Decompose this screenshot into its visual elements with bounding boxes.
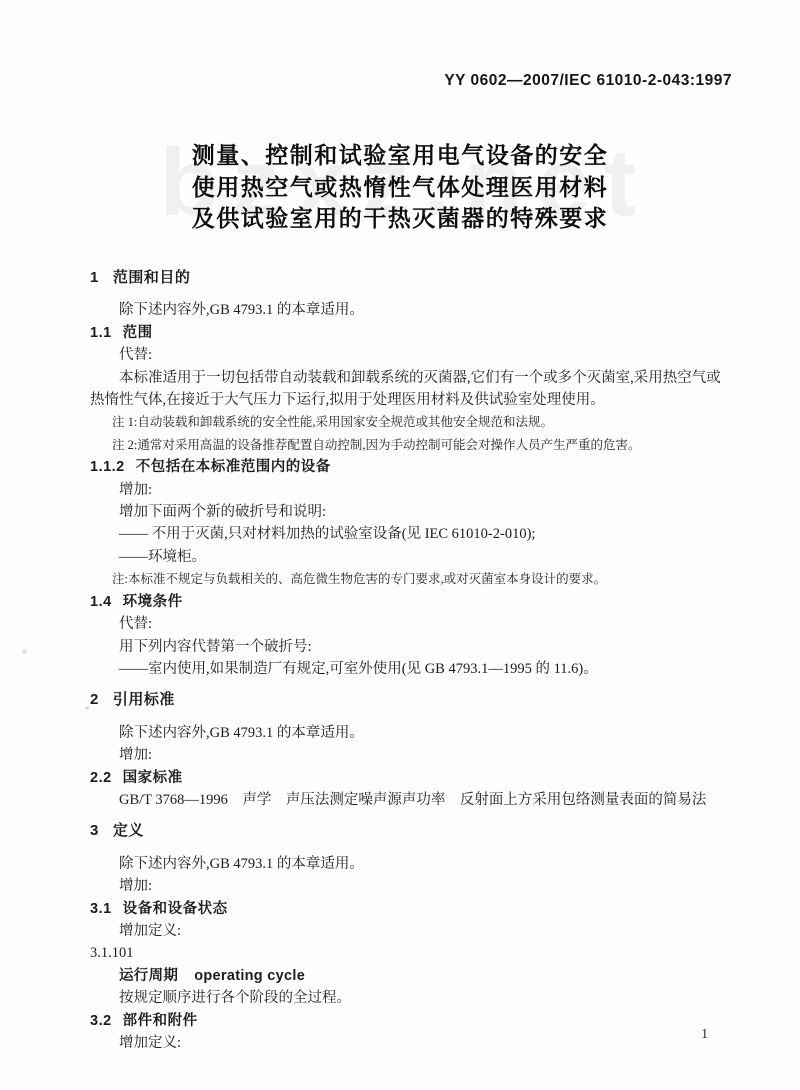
section-number: 1.1.2 [90, 459, 125, 475]
body-paragraph: 代替: [90, 344, 734, 366]
section-heading-2.2: 2.2国家标准 [90, 767, 734, 789]
section-heading-2: 2引用标准 [90, 689, 734, 711]
body-paragraph: 增加: [90, 744, 734, 766]
document-title: 测量、控制和试验室用电气设备的安全 使用热空气或热惰性气体处理医用材料 及供试验… [0, 140, 800, 235]
section-title: 范围 [123, 325, 153, 341]
body-paragraph: 按规定顺序进行各个阶段的全过程。 [90, 987, 734, 1009]
document-body: 1范围和目的除下述内容外,GB 4793.1 的本章适用。1.1范围代替:本标准… [90, 258, 734, 1054]
title-line-2: 使用热空气或热惰性气体处理医用材料 [0, 172, 800, 204]
body-paragraph: 增加: [90, 479, 734, 501]
section-number: 3.2 [90, 1013, 112, 1029]
title-line-1: 测量、控制和试验室用电气设备的安全 [0, 140, 800, 172]
section-number: 3 [90, 822, 99, 839]
body-paragraph: GB/T 3768—1996 声学 声压法测定噪声源声功率 反射面上方采用包络测… [90, 789, 734, 811]
section-title: 部件和附件 [123, 1013, 198, 1029]
term-chinese: 运行周期 [119, 968, 178, 984]
section-title: 国家标准 [123, 770, 183, 786]
body-paragraph: 增加定义: [90, 920, 734, 942]
note-line: 注:本标准不规定与负载相关的、高危微生物危害的专门要求,或对灭菌室本身设计的要求… [112, 568, 734, 590]
section-title: 不包括在本标准范围内的设备 [136, 459, 331, 475]
body-paragraph: 用下列内容代替第一个破折号: [90, 636, 734, 658]
section-number: 2 [90, 691, 99, 708]
body-paragraph: ——室内使用,如果制造厂有规定,可室外使用(见 GB 4793.1—1995 的… [90, 658, 734, 680]
note-line: 注 1:自动装载和卸载系统的安全性能,采用国家安全规范或其他安全规范和法规。 [112, 411, 734, 433]
section-number: 1.1 [90, 325, 112, 341]
body-paragraph: ——环境柜。 [90, 546, 734, 568]
scan-artifact-tick [85, 706, 89, 710]
section-heading-3.2: 3.2部件和附件 [90, 1010, 734, 1032]
section-number: 3.1 [90, 901, 112, 917]
note-line: 注 2:通常对采用高温的设备推荐配置自动控制,因为手动控制可能会对操作人员产生严… [112, 434, 734, 456]
body-paragraph: 增加下面两个新的破折号和说明: [90, 501, 734, 523]
scan-artifact-dot [22, 649, 27, 654]
section-title: 设备和设备状态 [123, 901, 228, 917]
clause-number: 3.1.101 [90, 942, 734, 964]
body-paragraph: 增加: [90, 875, 734, 897]
body-paragraph: 除下述内容外,GB 4793.1 的本章适用。 [90, 299, 734, 321]
section-number: 2.2 [90, 770, 112, 786]
section-heading-1.4: 1.4环境条件 [90, 591, 734, 613]
section-title: 环境条件 [123, 594, 183, 610]
body-paragraph: 本标准适用于一切包括带自动装载和卸载系统的灭菌器,它们有一个或多个灭菌室,采用热… [90, 367, 734, 412]
standard-code: YY 0602—2007/IEC 61010-2-043:1997 [444, 72, 732, 90]
section-number: 1 [90, 269, 99, 286]
body-paragraph: 增加定义: [90, 1032, 734, 1054]
section-heading-1.1.2: 1.1.2不包括在本标准范围内的设备 [90, 456, 734, 478]
body-paragraph: —— 不用于灭菌,只对材料加热的试验室设备(见 IEC 61010-2-010)… [90, 523, 734, 545]
document-page: bzxz.net YY 0602—2007/IEC 61010-2-043:19… [0, 0, 800, 1090]
section-heading-3.1: 3.1设备和设备状态 [90, 898, 734, 920]
section-number: 1.4 [90, 594, 112, 610]
title-line-3: 及供试验室用的干热灭菌器的特殊要求 [0, 203, 800, 235]
term-definition: 运行周期operating cycle [90, 965, 734, 987]
section-title: 范围和目的 [113, 269, 191, 286]
body-paragraph: 代替: [90, 613, 734, 635]
section-heading-3: 3定义 [90, 820, 734, 842]
body-paragraph: 除下述内容外,GB 4793.1 的本章适用。 [90, 853, 734, 875]
section-heading-1.1: 1.1范围 [90, 322, 734, 344]
section-title: 引用标准 [113, 691, 175, 708]
term-english: operating cycle [194, 968, 305, 984]
page-number: 1 [701, 1026, 708, 1042]
body-paragraph: 除下述内容外,GB 4793.1 的本章适用。 [90, 722, 734, 744]
section-heading-1: 1范围和目的 [90, 267, 734, 289]
section-title: 定义 [113, 822, 144, 839]
